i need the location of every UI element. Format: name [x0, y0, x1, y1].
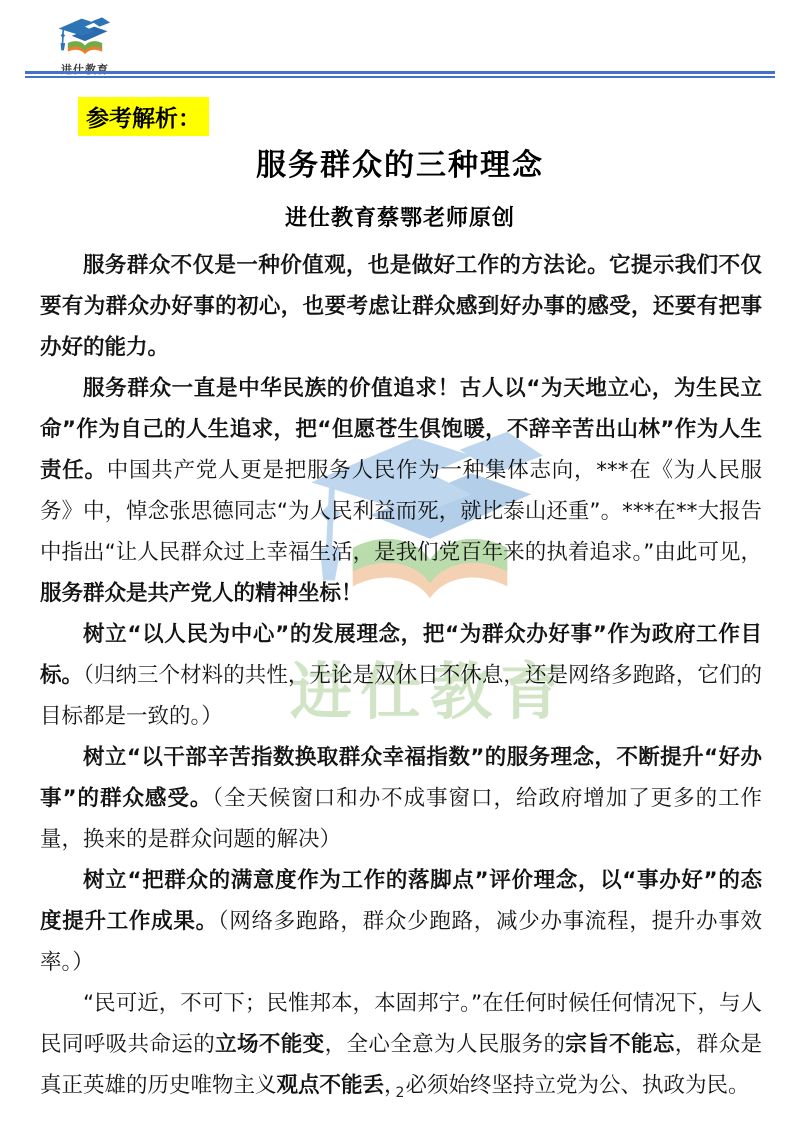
paragraph: 服务群众不仅是一种价值观，也是做好工作的方法论。它提示我们不仅要有为群众办好事的…	[40, 245, 762, 368]
paragraph-text-bold: 服务群众不仅是一种价值观，也是做好工作的方法论。它提示我们不仅要有为群众办好事的…	[40, 253, 762, 360]
paragraph: 服务群众一直是中华民族的价值追求！古人以“为天地立心，为生民立命”作为自己的人生…	[40, 368, 762, 614]
document-page: 进仕教育 进仕教育 参考解析： 服务群众的三种理念 进仕教育蔡鄂老师原创 服务群…	[0, 0, 800, 1132]
paragraph: 树立“把群众的满意度作为工作的落脚点”评价理念，以“事办好”的态度提升工作成果。…	[40, 860, 762, 983]
page-number: 2	[0, 1085, 800, 1101]
paragraph-text-bold: 立场不能变	[215, 1032, 324, 1057]
paragraph-text: 中国共产党人更是把服务人民作为一种集体志向，***在《为人民服务》中，悼念张思德…	[40, 458, 762, 565]
paragraph-text: ，全心全意为人民服务的	[325, 1032, 566, 1057]
paragraph-text-bold: 宗旨不能忘	[565, 1032, 674, 1057]
paragraph-text-bold: 服务群众是共产党人的精神坐标！	[40, 581, 363, 606]
logo-graduation-cap-icon	[52, 12, 118, 61]
paragraph: 树立“以干部辛苦指数换取群众幸福指数”的服务理念，不断提升“好办事”的群众感受。…	[40, 737, 762, 860]
body-paragraphs: 服务群众不仅是一种价值观，也是做好工作的方法论。它提示我们不仅要有为群众办好事的…	[40, 245, 762, 1106]
logo: 进仕教育	[42, 12, 128, 77]
section-label: 参考解析：	[78, 97, 209, 136]
paragraph-text: （归纳三个材料的共性，无论是双休日不休息，还是网络多跑路，它们的目标都是一致的。…	[40, 663, 762, 729]
document-title: 服务群众的三种理念	[0, 140, 800, 184]
paragraph: 树立“以人民为中心”的发展理念，把“为群众办好事”作为政府工作目标。（归纳三个材…	[40, 614, 762, 737]
document-subtitle: 进仕教育蔡鄂老师原创	[0, 201, 800, 232]
header-divider	[25, 71, 775, 78]
